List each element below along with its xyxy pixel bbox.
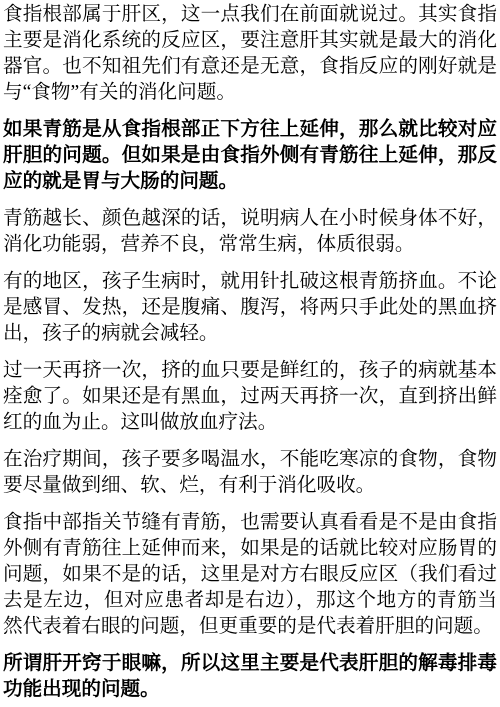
paragraph-6: 在治疗期间，孩子要多喝温水，不能吃寒凉的食物，食物要尽量做到细、软、烂，有利于消…: [3, 447, 497, 499]
paragraph-2: 如果青筋是从食指根部正下方往上延伸，那么就比较对应肝胆的问题。但如果是由食指外侧…: [3, 117, 497, 195]
paragraph-1: 食指根部属于肝区，这一点我们在前面就说过。其实食指主要是消化系统的反应区，要注意…: [3, 2, 497, 106]
document-page: 食指根部属于肝区，这一点我们在前面就说过。其实食指主要是消化系统的反应区，要注意…: [0, 0, 500, 707]
paragraph-8: 所谓肝开窍于眼嘛，所以这里主要是代表肝胆的解毒排毒功能出现的问题。: [3, 651, 497, 703]
paragraph-7: 食指中部指关节缝有青筋，也需要认真看看是不是由食指外侧有青筋往上延伸而来，如果是…: [3, 510, 497, 640]
paragraph-4: 有的地区，孩子生病时，就用针扎破这根青筋挤血。不论是感冒、发热，还是腹痛、腹泻，…: [3, 269, 497, 347]
paragraph-5: 过一天再挤一次，挤的血只要是鲜红的，孩子的病就基本痊愈了。如果还是有黑血，过两天…: [3, 358, 497, 436]
paragraph-3: 青筋越长、颜色越深的话，说明病人在小时候身体不好，消化功能弱，营养不良，常常生病…: [3, 206, 497, 258]
